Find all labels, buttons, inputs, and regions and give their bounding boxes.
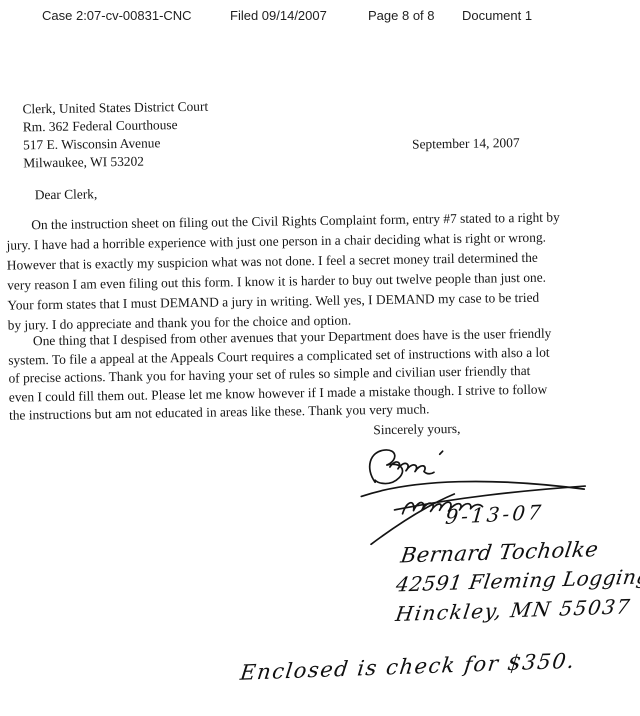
recipient-address-line: Milwaukee, WI 53202: [23, 152, 209, 173]
letter-date: September 14, 2007: [412, 135, 520, 153]
paragraph-2: One thing that I despised from other ave…: [8, 323, 637, 425]
handwritten-printed-name: Bernard Tocholke: [399, 537, 600, 567]
handwritten-signature-date: 9-13-07: [444, 500, 545, 529]
enclosure-note: Enclosed is check for $350.: [239, 649, 577, 685]
handwritten-signature-scribble: [354, 440, 596, 549]
handwritten-address-city: Hinckley, MN 55037: [394, 594, 633, 626]
letter-body: Clerk, United States District CourtRm. 3…: [0, 0, 640, 716]
closing-valediction: Sincerely yours,: [373, 421, 460, 438]
scanned-letter-page: Case 2:07-cv-00831-CNC Filed 09/14/2007 …: [0, 0, 640, 716]
recipient-address: Clerk, United States District CourtRm. 3…: [22, 98, 209, 173]
paragraph-1: On the instruction sheet on filing out t…: [6, 206, 636, 335]
recipient-address-line: Clerk, United States District Court: [22, 98, 208, 119]
handwritten-address-street: 42591 Fleming Logging Rd,: [394, 563, 640, 597]
salutation: Dear Clerk,: [35, 186, 98, 203]
